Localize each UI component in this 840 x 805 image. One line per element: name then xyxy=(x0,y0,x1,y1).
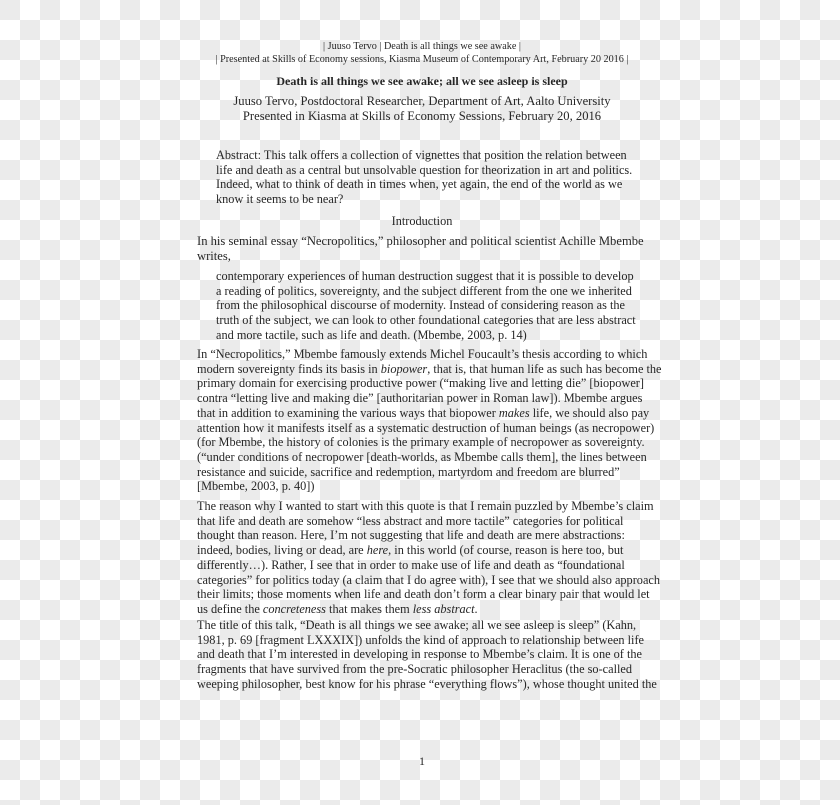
paragraph-reason: The reason why I wanted to start with th… xyxy=(197,499,660,617)
paragraph-line: that in addition to examining the variou… xyxy=(197,406,662,421)
text-run: modern sovereignty finds its basis in xyxy=(197,362,381,376)
abstract-line: know it seems to be near? xyxy=(216,192,632,207)
emphasis-biopower: biopower xyxy=(381,362,427,376)
paragraph-line: contra “letting live and making die” [au… xyxy=(197,391,662,406)
paragraph-line: categories” for politics today (a claim … xyxy=(197,573,660,588)
paragraph-line: weeping philosopher, best know for his p… xyxy=(197,677,657,692)
text-run: life, we should also pay xyxy=(530,406,650,420)
text-run: that makes them xyxy=(326,602,413,616)
quote-line: truth of the subject, we can look to oth… xyxy=(216,313,636,328)
quote-line: a reading of politics, sovereignty, and … xyxy=(216,284,636,299)
abstract-line: Indeed, what to think of death in times … xyxy=(216,177,632,192)
abstract-line: Abstract: This talk offers a collection … xyxy=(216,148,632,163)
quote-line: contemporary experiences of human destru… xyxy=(216,269,636,284)
block-quote: contemporary experiences of human destru… xyxy=(216,269,636,343)
emphasis-here: here xyxy=(367,543,388,557)
paragraph-line: thought than reason. Here, I’m not sugge… xyxy=(197,528,660,543)
intro-line: writes, xyxy=(197,249,644,264)
paragraph-line: The reason why I wanted to start with th… xyxy=(197,499,660,514)
paragraph-line: 1981, p. 69 [fragment LXXXIX]) unfolds t… xyxy=(197,633,657,648)
emphasis-concreteness: concreteness xyxy=(263,602,326,616)
text-run: . xyxy=(475,602,478,616)
intro-paragraph: In his seminal essay “Necropolitics,” ph… xyxy=(197,234,644,263)
presented-line: Presented in Kiasma at Skills of Economy… xyxy=(197,109,647,124)
abstract-line: life and death as a central but unsolvab… xyxy=(216,163,632,178)
paragraph-title-of-talk: The title of this talk, “Death is all th… xyxy=(197,618,657,692)
paragraph-line: their limits; those moments when life an… xyxy=(197,587,660,602)
text-run: indeed, bodies, living or dead, are xyxy=(197,543,367,557)
text-run: , that is, that human life as such has b… xyxy=(427,362,661,376)
text-run: that in addition to examining the variou… xyxy=(197,406,499,420)
paragraph-line: modern sovereignty finds its basis in bi… xyxy=(197,362,662,377)
emphasis-less-abstract: less abstract xyxy=(413,602,475,616)
paragraph-line: that life and death are somehow “less ab… xyxy=(197,514,660,529)
running-header-line-1: | Juuso Tervo | Death is all things we s… xyxy=(197,40,647,53)
paragraph-line: indeed, bodies, living or dead, are here… xyxy=(197,543,660,558)
paragraph-line: attention how it manifests itself as a s… xyxy=(197,421,662,436)
paragraph-line: fragments that have survived from the pr… xyxy=(197,662,657,677)
paragraph-line: us define the concreteness that makes th… xyxy=(197,602,660,617)
paragraph-line: (for Mbembe, the history of colonies is … xyxy=(197,435,662,450)
page-number: 1 xyxy=(197,754,647,768)
section-heading-introduction: Introduction xyxy=(197,214,647,229)
paragraph-line: and death that I’m interested in develop… xyxy=(197,647,657,662)
text-run: , in this world (of course, reason is he… xyxy=(388,543,623,557)
quote-line: from the philosophical discourse of mode… xyxy=(216,298,636,313)
intro-line: In his seminal essay “Necropolitics,” ph… xyxy=(197,234,644,249)
author-line: Juuso Tervo, Postdoctoral Researcher, De… xyxy=(197,94,647,109)
document-title: Death is all things we see awake; all we… xyxy=(197,74,647,89)
text-run: us define the xyxy=(197,602,263,616)
abstract: Abstract: This talk offers a collection … xyxy=(216,148,632,207)
paragraph-line: differently…). Rather, I see that in ord… xyxy=(197,558,660,573)
paragraph-line: (“under conditions of necropower [death-… xyxy=(197,450,662,465)
paragraph-line: The title of this talk, “Death is all th… xyxy=(197,618,657,633)
quote-line: and more tactile, such as life and death… xyxy=(216,328,636,343)
paragraph-line: [Mbembe, 2003, p. 40]) xyxy=(197,479,662,494)
paragraph-necropolitics: In “Necropolitics,” Mbembe famously exte… xyxy=(197,347,662,494)
paragraph-line: resistance and suicide, sacrifice and re… xyxy=(197,465,662,480)
paragraph-line: primary domain for exercising productive… xyxy=(197,376,662,391)
running-header-line-2: | Presented at Skills of Economy session… xyxy=(197,53,647,66)
paragraph-line: In “Necropolitics,” Mbembe famously exte… xyxy=(197,347,662,362)
emphasis-makes: makes xyxy=(499,406,530,420)
